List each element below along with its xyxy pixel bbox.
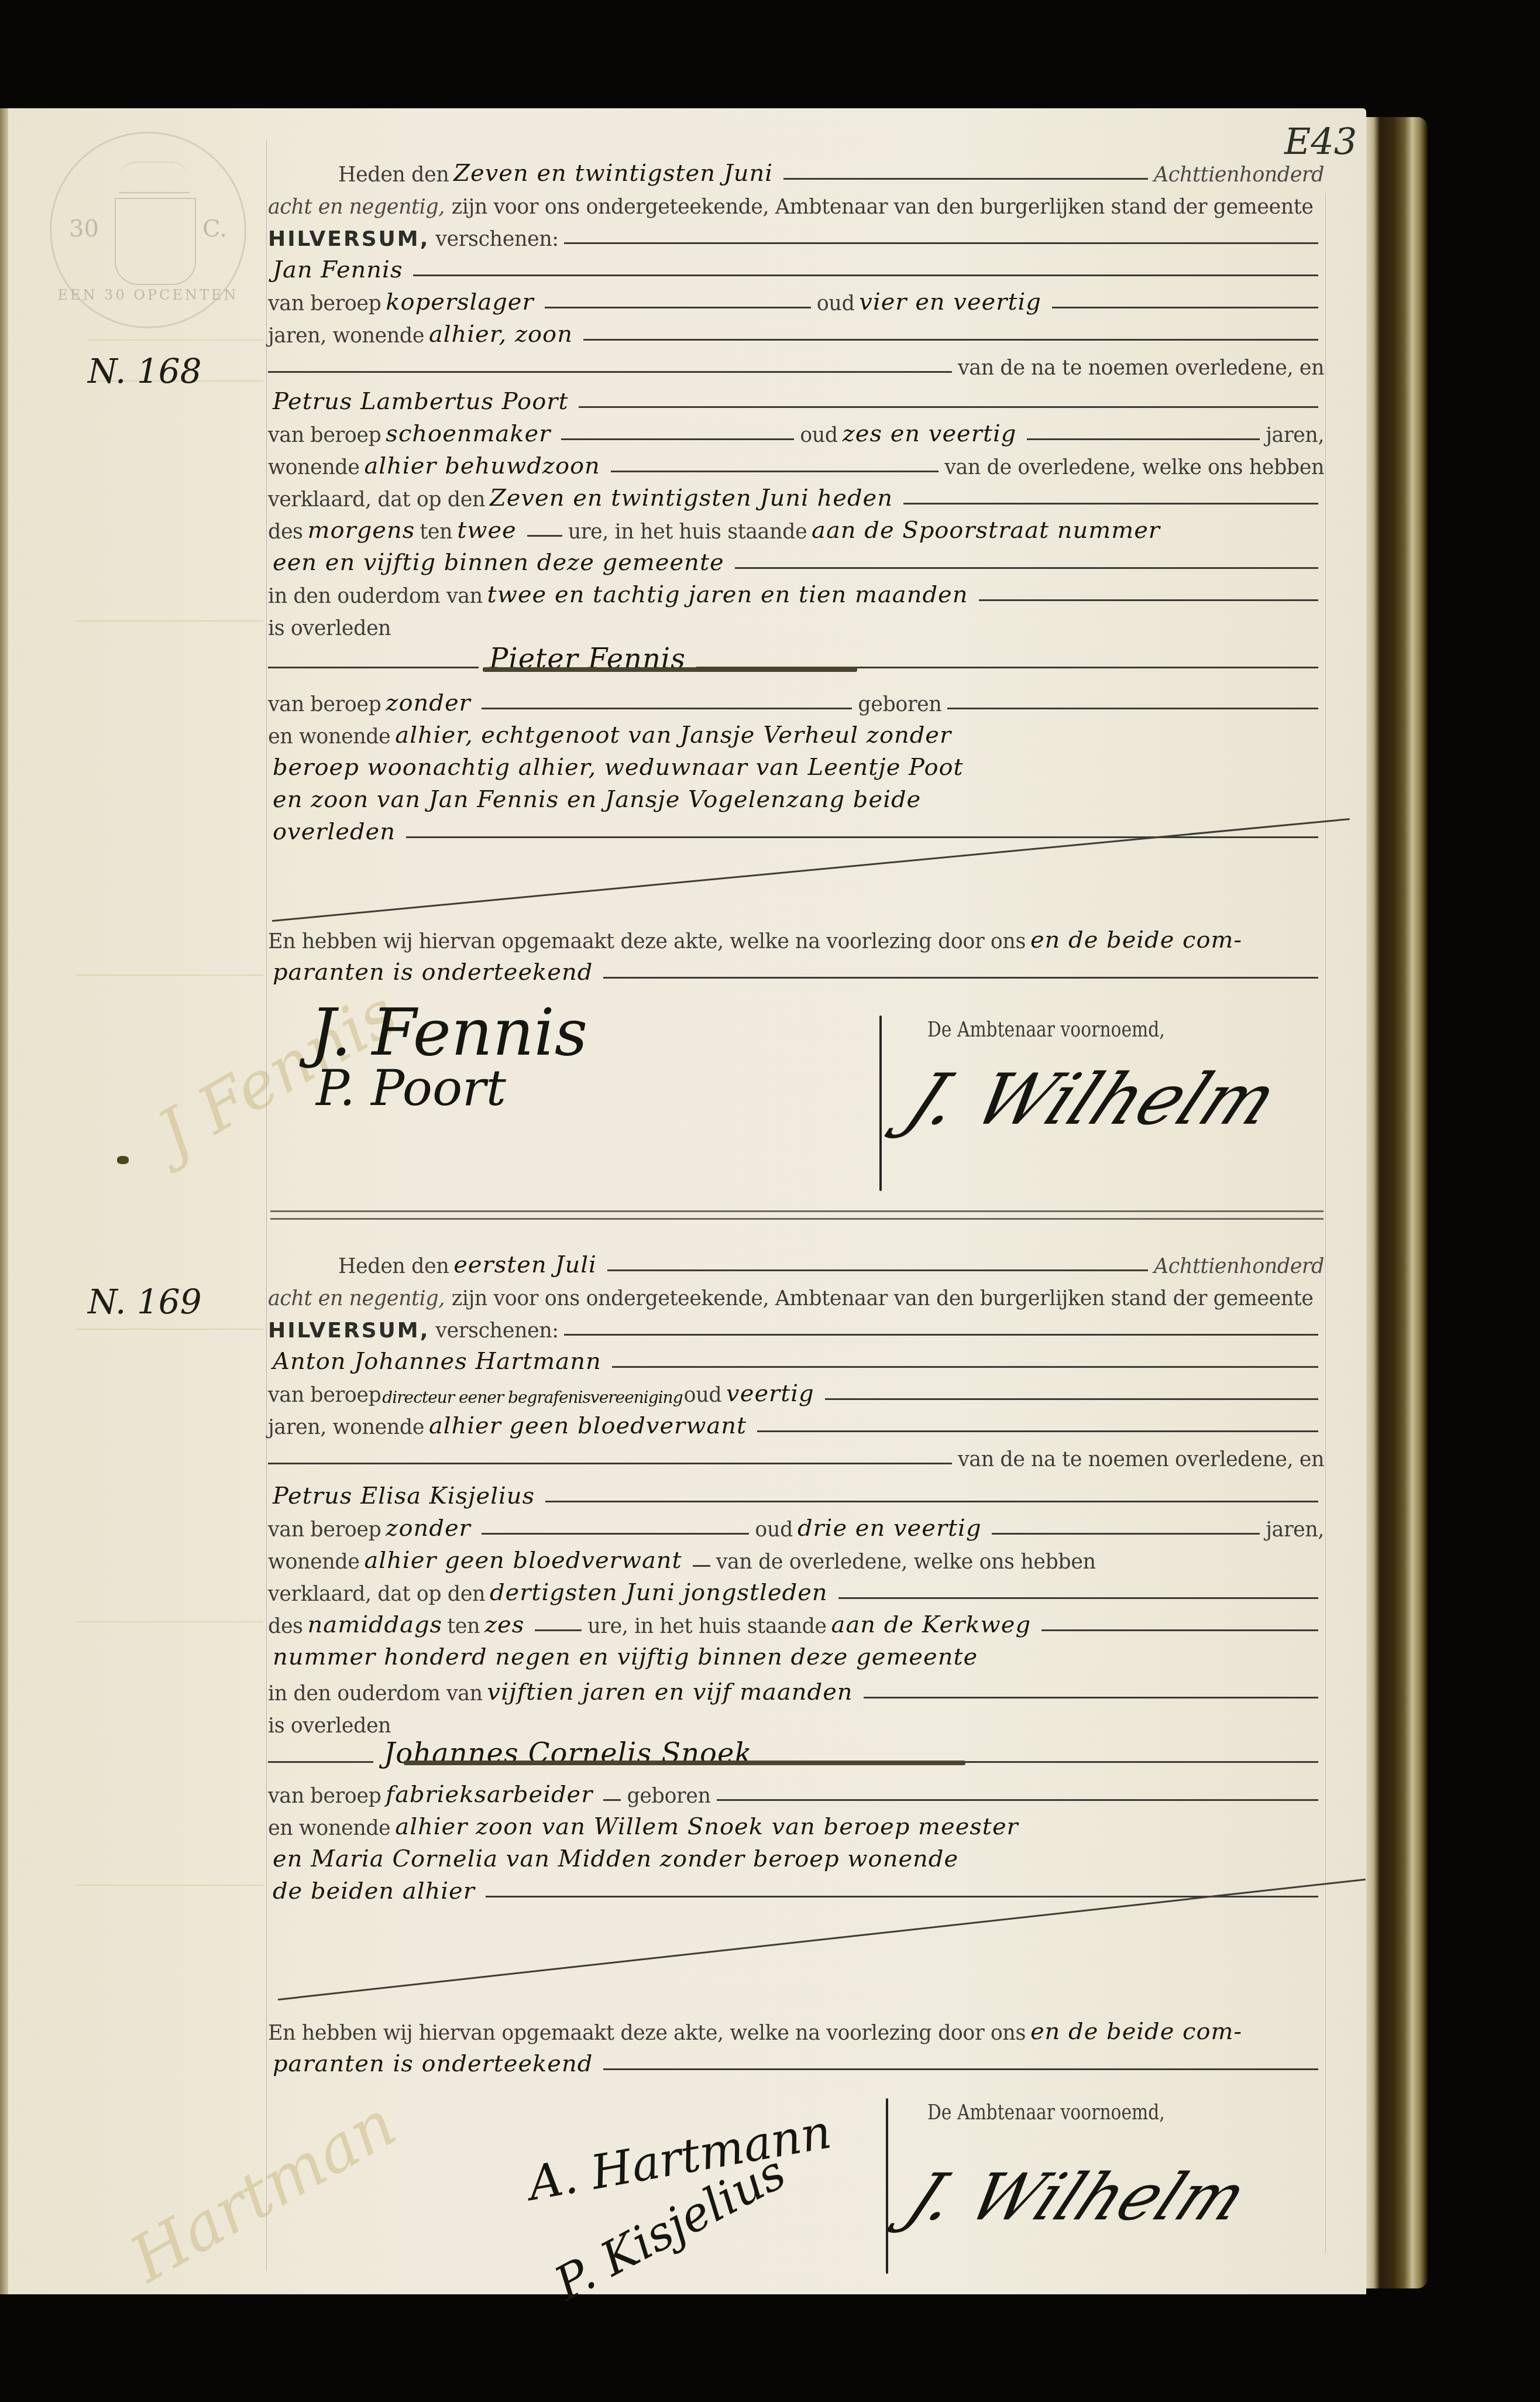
margin-ghost-line	[76, 1329, 263, 1330]
handwritten-death-date: dertigsten Juni jongstleden	[485, 1579, 833, 1606]
handwritten-declarant-name: Petrus Elisa Kisjelius	[268, 1483, 539, 1509]
print-text: verklaard, dat op den	[268, 488, 485, 512]
fill-line	[579, 406, 1318, 408]
fill-line	[603, 2068, 1318, 2070]
print-text: van beroep	[268, 1518, 381, 1542]
fill-line	[527, 535, 562, 537]
coat-of-arms-icon	[115, 198, 196, 285]
record-line: van de na te noemen overledene, en	[268, 348, 1324, 380]
print-text: ure, in het huis staande	[568, 520, 807, 544]
handwritten-occupation: schoenmaker	[381, 420, 555, 447]
handwritten-closing: paranten is onderteekend	[268, 2050, 597, 2077]
right-margin-rule	[1325, 193, 1326, 2253]
print-text: van beroep	[268, 1384, 381, 1407]
handwritten-occupation: fabrieksarbeider	[381, 1781, 597, 1808]
print-text: geboren	[627, 1785, 710, 1808]
official-label: De Ambtenaar voornoemd,	[927, 1018, 1165, 1042]
print-text: zijn voor ons ondergeteekende, Ambtenaar…	[452, 1287, 1314, 1310]
handwritten-age: vier en veertig	[854, 289, 1046, 315]
handwritten-occupation: koperslager	[381, 289, 538, 315]
fill-line	[406, 836, 1318, 838]
print-text: van beroep	[268, 693, 381, 716]
record-number: N. 169	[88, 1282, 202, 1322]
print-text: is overleden	[268, 1714, 391, 1738]
stamp-ring-text: EEN 30 OPCENTEN	[51, 287, 245, 303]
print-text: en wonende	[268, 725, 390, 749]
print-text: Heden den	[338, 1255, 449, 1278]
stamp-value-left: 30	[69, 215, 99, 242]
print-text: van de overledene, welke ons hebben	[716, 1550, 1096, 1574]
record-line: jaren, wonende alhier, zoon	[268, 316, 1324, 348]
handwritten-declarant-name: Jan Fennis	[268, 256, 407, 283]
record-line: en Maria Cornelia van Midden zonder bero…	[268, 1841, 1324, 1872]
print-text: ure, in het huis staande	[587, 1615, 826, 1638]
fill-line	[1027, 438, 1260, 440]
fill-line	[838, 1597, 1318, 1599]
record-line: Jan Fennis	[268, 252, 1324, 283]
print-text: verschenen:	[435, 1319, 558, 1343]
handwritten-details: en Maria Cornelia van Midden zonder bero…	[268, 1845, 963, 1872]
handwritten-closing: paranten is onderteekend	[268, 959, 597, 986]
record-line: wonende alhier behuwdzoon van de overled…	[268, 448, 1324, 479]
record-line: wonende alhier geen bloedverwant van de …	[268, 1542, 1324, 1574]
print-text: des	[268, 520, 303, 544]
handwritten-residence: alhier, zoon	[424, 321, 577, 348]
print-text: van beroep	[268, 292, 381, 315]
fill-line	[717, 1799, 1319, 1801]
fill-line	[607, 1269, 1148, 1271]
fill-line	[268, 1761, 373, 1763]
fill-line	[268, 1463, 952, 1464]
fill-line	[583, 339, 1318, 341]
record-line: des namiddags ten zes ure, in het huis s…	[268, 1607, 1324, 1638]
deceased-name-underline	[483, 667, 857, 672]
book-binding-edge	[1366, 117, 1428, 2288]
handwritten-details: beroep woonachtig alhier, weduwnaar van …	[268, 754, 968, 781]
handwritten-closing: en de beide com-	[1026, 927, 1247, 953]
print-text: jaren,	[1266, 1518, 1324, 1542]
handwritten-date: eersten Juli	[449, 1251, 601, 1278]
print-text: oud	[817, 292, 855, 315]
record-line: van beroep directeur eener begrafenisver…	[268, 1375, 1324, 1407]
handwritten-details: de beiden alhier	[268, 1878, 480, 1905]
handwritten-details: en zoon van Jan Fennis en Jansje Vogelen…	[268, 786, 926, 813]
signature-official: J. Wilhelm	[894, 1059, 1291, 1141]
stamp-value-right: C.	[202, 215, 227, 242]
print-text: wonende	[268, 456, 359, 479]
handwritten-address: een en vijftig binnen deze gemeente	[268, 549, 729, 576]
fill-line	[612, 1366, 1318, 1368]
fill-line	[413, 274, 1318, 276]
print-text: Achttienhonderd	[1154, 163, 1324, 187]
fill-line	[482, 1533, 750, 1535]
deceased-name-underline	[404, 1761, 965, 1765]
print-text: van de na te noemen overledene, en	[958, 356, 1324, 380]
official-label: De Ambtenaar voornoemd,	[927, 2101, 1165, 2125]
record-line: En hebben wij hiervan opgemaakt deze akt…	[268, 2013, 1324, 2045]
fill-line	[561, 438, 794, 440]
print-text: verklaard, dat op den	[268, 1583, 485, 1606]
print-text: Heden den	[338, 163, 449, 187]
record-line: paranten is onderteekend	[268, 2046, 1324, 2077]
fill-line	[783, 178, 1148, 180]
handwritten-hour: twee	[452, 517, 521, 544]
record-line: van beroep schoenmaker oud zes en veerti…	[268, 416, 1324, 447]
fill-line	[825, 1398, 1318, 1400]
record-line: HILVERSUM, verschenen:	[268, 219, 1324, 251]
handwritten-occupation: zonder	[381, 1515, 475, 1542]
record-line: beroep woonachtig alhier, weduwnaar van …	[268, 749, 1324, 781]
handwritten-death-date: Zeven en twintigsten Juni heden	[485, 485, 898, 512]
handwritten-age-at-death: twee en tachtig jaren en tien maanden	[483, 581, 973, 608]
record-line: verklaard, dat op den dertigsten Juni jo…	[268, 1574, 1324, 1606]
record-line: van beroep zonder oud drie en veertig ja…	[268, 1510, 1324, 1542]
print-text: acht en negentig,	[268, 195, 445, 219]
print-text: verschenen:	[435, 228, 558, 251]
print-text: acht en negentig,	[268, 1287, 445, 1310]
fill-line	[903, 503, 1318, 505]
print-text: van de na te noemen overledene, en	[958, 1448, 1324, 1471]
record-line: overleden	[268, 814, 1324, 845]
fill-line	[1041, 1629, 1318, 1631]
handwritten-time-of-day: namiddags	[303, 1611, 448, 1638]
print-text: van de overledene, welke ons hebben	[944, 456, 1324, 479]
left-margin-rule	[266, 140, 267, 2271]
handwritten-declarant-name: Anton Johannes Hartmann	[268, 1348, 606, 1375]
print-text: in den ouderdom van	[268, 585, 483, 608]
record-line: acht en negentig, zijn voor ons onderget…	[268, 1279, 1324, 1310]
record-number: N. 168	[88, 351, 202, 391]
record-line: van beroep koperslager oud vier en veert…	[268, 284, 1324, 315]
fill-line	[693, 1565, 710, 1567]
handwritten-occupation: directeur eener begrafenisvereeniging	[381, 1388, 683, 1407]
record-line: nummer honderd negen en vijftig binnen d…	[268, 1639, 1324, 1670]
record-line: Heden den Zeven en twintigsten Juni Acht…	[268, 155, 1324, 187]
signature-brace	[879, 1015, 882, 1191]
fill-line	[564, 242, 1318, 244]
record-line: in den ouderdom van vijftien jaren en vi…	[268, 1674, 1324, 1706]
handwritten-declarant-name: Petrus Lambertus Poort	[268, 388, 573, 415]
record-line: van de na te noemen overledene, en	[268, 1440, 1324, 1471]
print-text: Achttienhonderd	[1154, 1255, 1324, 1278]
fill-line	[268, 667, 479, 668]
municipality-name: HILVERSUM,	[268, 227, 429, 251]
print-text: is overleden	[268, 617, 391, 640]
handwritten-residence: alhier geen bloedverwant	[359, 1547, 686, 1574]
signature-brace	[886, 2098, 888, 2274]
print-text: des	[268, 1615, 303, 1638]
handwritten-hour: zes	[480, 1611, 529, 1638]
print-text: en wonende	[268, 1817, 390, 1840]
record-line: en wonende alhier zoon van Willem Snoek …	[268, 1809, 1324, 1840]
handwritten-address: nummer honderd negen en vijftig binnen d…	[268, 1643, 982, 1670]
print-text: En hebben wij hiervan opgemaakt deze akt…	[268, 2022, 1026, 2045]
print-text: van beroep	[268, 1785, 381, 1808]
record-line: des morgens ten twee ure, in het huis st…	[268, 512, 1324, 544]
handwritten-closing: en de beide com-	[1026, 2018, 1247, 2045]
record-line: is overleden	[268, 609, 1324, 640]
record-line: en wonende alhier, echtgenoot van Jansje…	[268, 717, 1324, 749]
print-text: in den ouderdom van	[268, 1682, 483, 1706]
record-line: een en vijftig binnen deze gemeente	[268, 544, 1324, 576]
print-text: oud	[684, 1384, 722, 1407]
fill-line	[545, 1501, 1318, 1502]
record-line: de beiden alhier	[268, 1873, 1324, 1905]
record-line: Heden den eersten Juli Achttienhonderd	[268, 1247, 1324, 1278]
handwritten-address: aan de Spoorstraat nummer	[807, 517, 1165, 544]
handwritten-residence: alhier geen bloedverwant	[424, 1412, 751, 1439]
signature-official: J. Wilhelm	[895, 2160, 1259, 2235]
fill-line	[268, 371, 952, 373]
fill-line	[735, 567, 1318, 569]
print-text: ten	[447, 1615, 480, 1638]
handwritten-date: Zeven en twintigsten Juni	[449, 160, 778, 187]
crown-icon	[119, 162, 189, 193]
handwritten-time-of-day: morgens	[303, 517, 420, 544]
record-line: acht en negentig, zijn voor ons onderget…	[268, 187, 1324, 219]
margin-ghost-line	[76, 620, 263, 622]
record-separator	[270, 1210, 1324, 1220]
record-line: jaren, wonende alhier geen bloedverwant	[268, 1408, 1324, 1439]
print-text: van beroep	[268, 424, 381, 447]
print-text: ten	[420, 520, 452, 544]
handwritten-details: alhier, echtgenoot van Jansje Verheul zo…	[390, 722, 956, 749]
margin-ghost-line	[76, 974, 263, 976]
signature-witness-2: P. Poort	[316, 1059, 506, 1117]
handwritten-age-at-death: vijftien jaren en vijf maanden	[483, 1679, 858, 1706]
fill-line	[611, 471, 939, 472]
margin-ghost-line	[76, 1885, 263, 1886]
fill-line	[564, 1334, 1318, 1336]
fill-line	[992, 1533, 1260, 1535]
record-line: verklaard, dat op den Zeven en twintigst…	[268, 480, 1324, 512]
handwritten-age: zes en veertig	[838, 420, 1022, 447]
print-text: geboren	[858, 693, 941, 716]
record-line: en zoon van Jan Fennis en Jansje Vogelen…	[268, 781, 1324, 813]
municipality-name: HILVERSUM,	[268, 1319, 429, 1343]
print-text: zijn voor ons ondergeteekende, Ambtenaar…	[452, 195, 1314, 219]
record-line: is overleden	[268, 1706, 1324, 1738]
handwritten-residence: alhier behuwdzoon	[359, 452, 604, 479]
handwritten-details: overleden	[268, 818, 400, 845]
fill-line	[545, 307, 811, 308]
fill-line	[482, 708, 852, 709]
fill-line	[1052, 307, 1318, 308]
record-line: paranten is onderteekend	[268, 954, 1324, 986]
margin-ghost-line	[76, 1621, 263, 1622]
handwritten-details: alhier zoon van Willem Snoek van beroep …	[390, 1813, 1023, 1840]
print-text: jaren, wonende	[268, 1416, 424, 1439]
fill-line	[979, 599, 1319, 601]
print-text: jaren, wonende	[268, 324, 424, 348]
fill-line	[603, 977, 1318, 979]
fill-line	[757, 1430, 1318, 1432]
print-text: oud	[755, 1518, 793, 1542]
record-line: En hebben wij hiervan opgemaakt deze akt…	[268, 922, 1324, 953]
margin-ghost-line	[88, 339, 263, 341]
fill-line	[603, 1799, 621, 1801]
fill-line	[864, 1697, 1318, 1698]
fill-line	[947, 708, 1318, 709]
record-line: Anton Johannes Hartmann	[268, 1343, 1324, 1375]
record-line: Petrus Lambertus Poort	[268, 383, 1324, 415]
record-line: in den ouderdom van twee en tachtig jare…	[268, 577, 1324, 608]
print-text: oud	[800, 424, 838, 447]
print-text: En hebben wij hiervan opgemaakt deze akt…	[268, 930, 1026, 953]
handwritten-occupation: zonder	[381, 689, 475, 716]
print-text: wonende	[268, 1550, 359, 1574]
signature-witness-1: J. Fennis	[310, 995, 587, 1070]
record-line: van beroep fabrieksarbeider geboren	[268, 1776, 1324, 1808]
handwritten-age: drie en veertig	[793, 1515, 986, 1542]
print-text: jaren,	[1266, 424, 1324, 447]
handwritten-address: aan de Kerkweg	[827, 1611, 1036, 1638]
fill-line	[535, 1629, 582, 1631]
handwritten-age: veertig	[721, 1380, 819, 1407]
record-line: HILVERSUM, verschenen:	[268, 1311, 1324, 1343]
record-line: Petrus Elisa Kisjelius	[268, 1478, 1324, 1509]
record-line: van beroep zonder geboren	[268, 685, 1324, 716]
embossed-tax-stamp: 30 C. EEN 30 OPCENTEN	[50, 132, 246, 328]
ink-blot	[117, 1156, 129, 1164]
